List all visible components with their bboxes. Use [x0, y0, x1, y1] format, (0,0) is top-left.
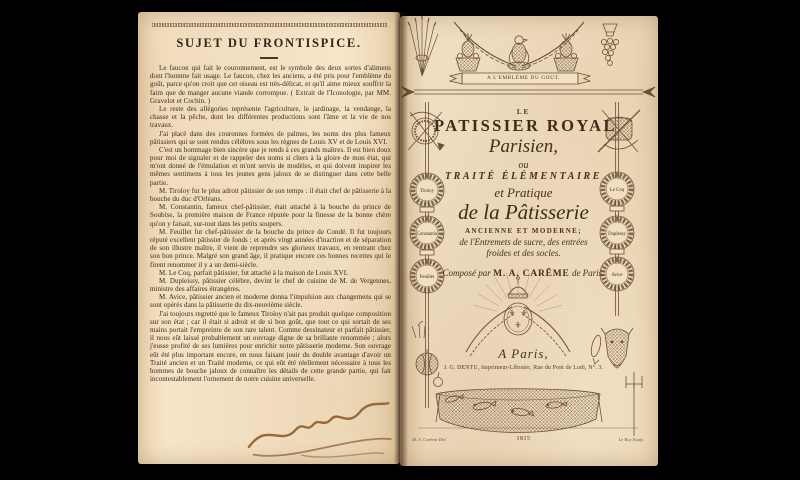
- section-divider: [260, 57, 278, 59]
- boar-head-icon: [601, 328, 633, 368]
- wreath-label: Duplessy: [608, 232, 626, 237]
- fruit-basket-icon: [554, 33, 578, 71]
- wreath-label: Avice: [611, 273, 622, 278]
- paragraph: Le faucon qui fait le couronnement, est …: [150, 64, 391, 105]
- paragraph: Le reste des allégories représente l'agr…: [150, 105, 391, 130]
- body-text: Le faucon qui fait le couronnement, est …: [150, 64, 391, 383]
- wreath-label: Le Coq: [610, 188, 625, 193]
- engraver-credit-left: M. A. Carême Del.: [412, 437, 447, 442]
- palm-branches: [466, 307, 570, 356]
- sunburst: [474, 271, 563, 311]
- decorative-braid-rule: [152, 23, 388, 27]
- page-title: SUJET DU FRONTISPICE.: [138, 36, 400, 51]
- wreath-label: Tiroloy: [420, 189, 435, 194]
- photo-of-book-spread: SUJET DU FRONTISPICE. Le faucon qui fait…: [0, 0, 800, 480]
- wreath-label: Feuillet: [420, 275, 435, 280]
- left-page: SUJET DU FRONTISPICE. Le faucon qui fait…: [138, 12, 400, 464]
- produce-icon: [412, 321, 443, 387]
- paragraph: J'ai toujours regretté que le fameux Tir…: [150, 310, 391, 384]
- wheat-sheaf-icon: [408, 16, 438, 76]
- paragraph: M. Dupleissy, pâtissier célèbre, devint …: [150, 277, 391, 293]
- engraver-credit-right: Le Roy Sculp.: [619, 437, 644, 442]
- handwritten-signature: [240, 398, 398, 464]
- paragraph: M. Tiroloy fut le plus adroit pâtissier …: [150, 187, 391, 203]
- fleur-de-lis-icon: [510, 310, 527, 328]
- grape-vase-icon: [601, 24, 618, 65]
- fish-net-engraving: [418, 389, 638, 433]
- paragraph: C'est un hommage bien sincère que je ren…: [150, 146, 391, 187]
- trident-icon: [626, 372, 642, 436]
- paragraph: M. Constantin, fameux chef-pâtissier, ét…: [150, 203, 391, 228]
- banner-ribbon: [450, 73, 590, 84]
- hanging-fish-icon: [589, 334, 602, 364]
- book-gutter-shadow: [394, 12, 408, 466]
- paragraph: M. Le Coq, parfait pâtissier, fut attach…: [150, 269, 391, 277]
- garden-trophy-icon: [408, 112, 444, 150]
- frame-bar: [402, 87, 655, 97]
- hunt-trophy-icon: [598, 110, 640, 152]
- right-page: Tiroloy Constantin Feuillet Le Coq Duple…: [400, 16, 658, 466]
- frontispiece-engraving: Tiroloy Constantin Feuillet Le Coq Duple…: [400, 16, 658, 466]
- wreath-label: Constantin: [417, 232, 438, 237]
- paragraph: M. Feuillet fut chef-pâtissier de la bou…: [150, 228, 391, 269]
- paragraph: M. Avice, pâtissier ancien et moderne do…: [150, 293, 391, 309]
- paragraph: J'ai placé dans des couronnes formées de…: [150, 130, 391, 146]
